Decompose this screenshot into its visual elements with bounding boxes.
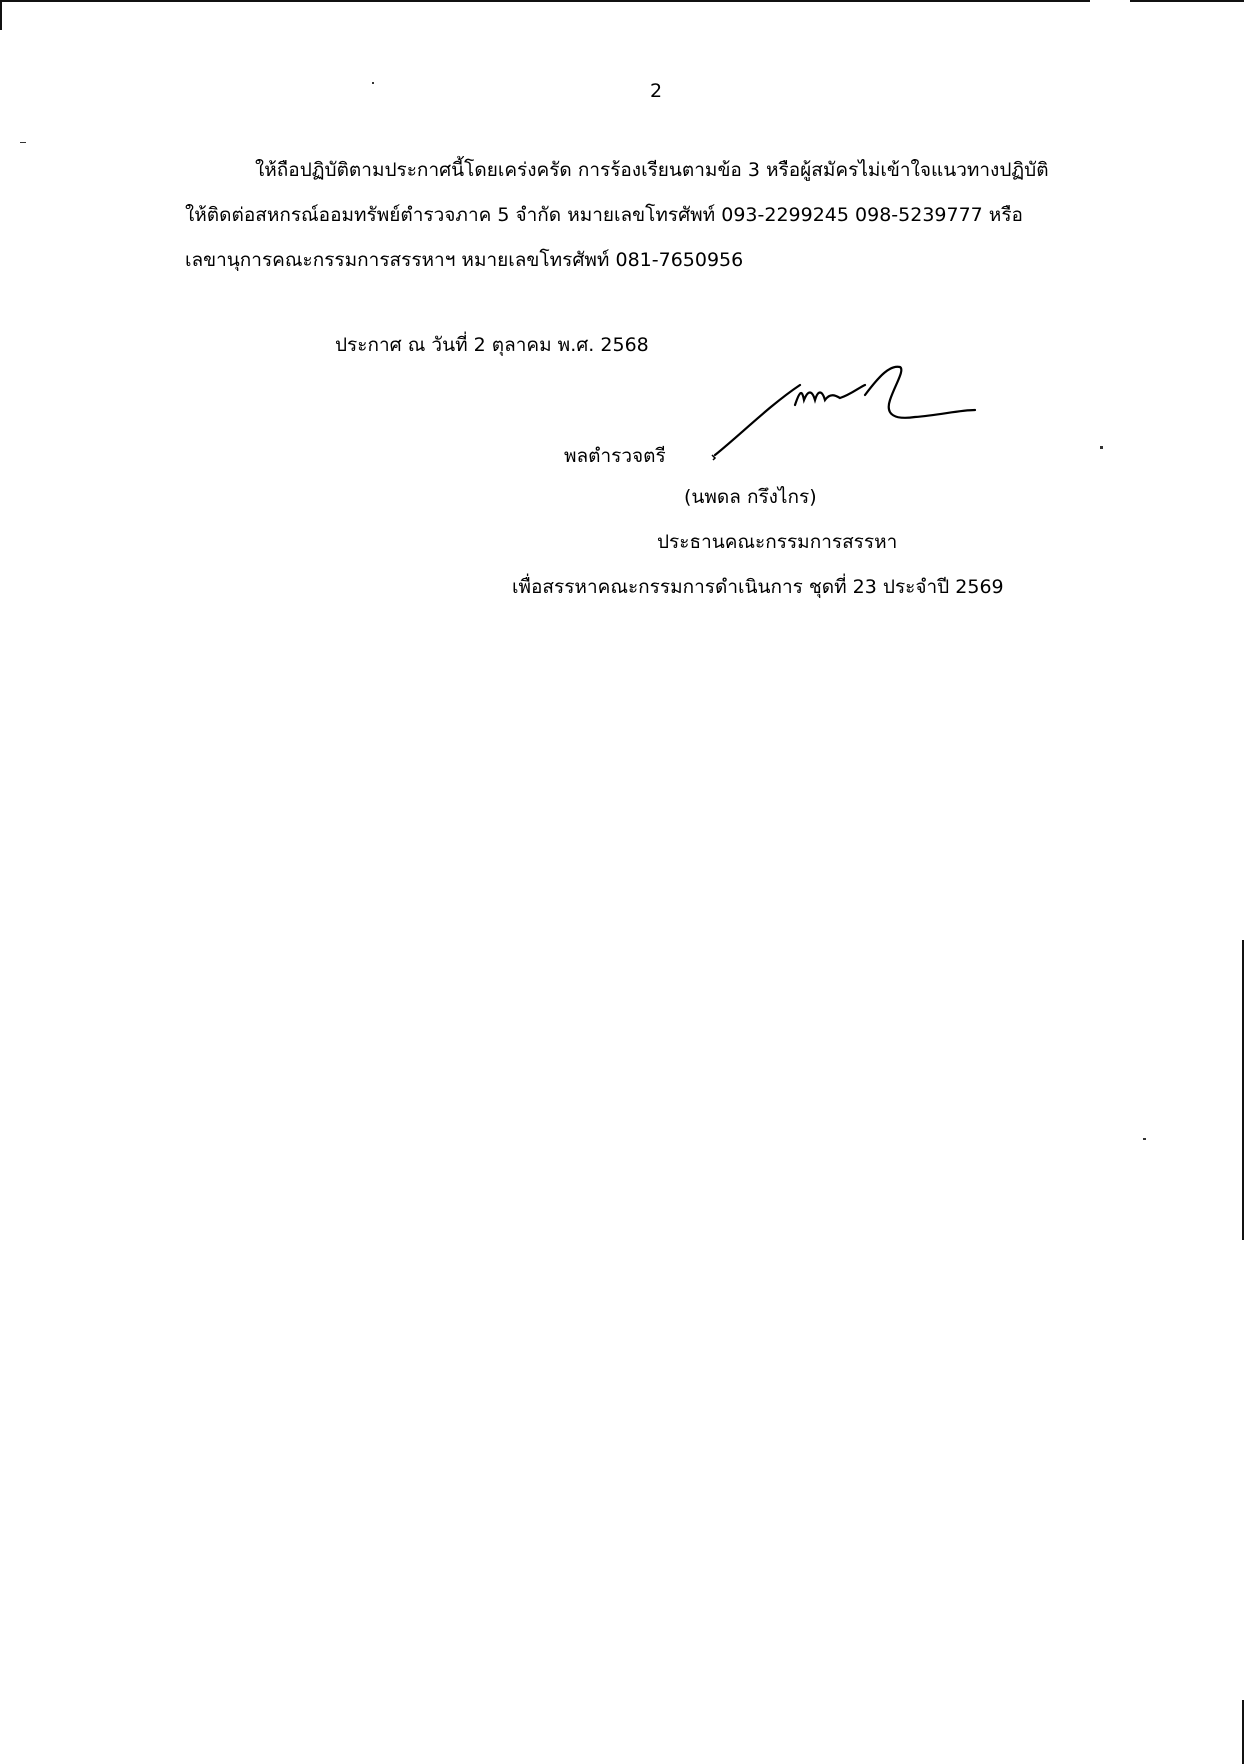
scan-speck	[20, 142, 26, 143]
signatory-rank: พลตำรวจตรี	[564, 441, 666, 471]
document-page: 2 ให้ถือปฏิบัติตามประกาศนี้โดยเคร่งครัด …	[0, 0, 1244, 1764]
scan-border-gap	[1090, 0, 1130, 2]
scan-border-left	[0, 0, 2, 30]
signatory-position-line-1: ประธานคณะกรรมการสรรหา	[657, 527, 897, 557]
scan-speck	[1100, 446, 1103, 449]
signatory-name: (นพดล กรึงไกร)	[684, 482, 817, 512]
scan-border-top	[0, 0, 1244, 2]
scan-speck	[1143, 1138, 1146, 1140]
body-paragraph-line-2: ให้ติดต่อสหกรณ์ออมทรัพย์ตำรวจภาค 5 จำกัด…	[185, 200, 1023, 230]
signature-image	[700, 365, 1030, 465]
body-paragraph-line-1: ให้ถือปฏิบัติตามประกาศนี้โดยเคร่งครัด กา…	[255, 155, 1049, 185]
announcement-date: ประกาศ ณ วันที่ 2 ตุลาคม พ.ศ. 2568	[335, 330, 649, 360]
body-paragraph-line-3: เลขานุการคณะกรรมการสรรหาฯ หมายเลขโทรศัพท…	[185, 245, 743, 275]
scan-speck	[372, 82, 374, 84]
page-number: 2	[650, 80, 662, 102]
signatory-position-line-2: เพื่อสรรหาคณะกรรมการดำเนินการ ชุดที่ 23 …	[512, 572, 1004, 602]
